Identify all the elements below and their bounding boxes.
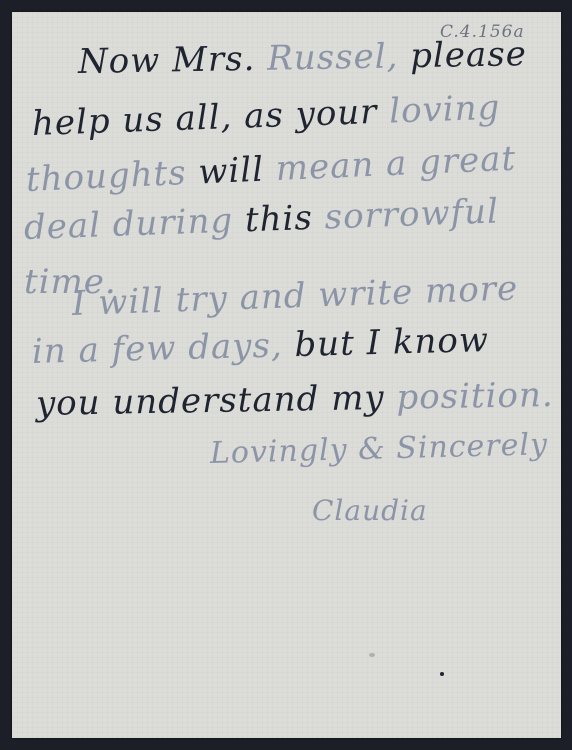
signature: Claudia — [312, 494, 428, 527]
closing: Lovingly & Sincerely — [210, 427, 549, 471]
line-text: deal during — [23, 200, 245, 248]
line-text: loving — [389, 88, 501, 132]
line-text: I will try and write more — [71, 268, 518, 324]
letter-line-2: help us all, as your loving — [31, 88, 501, 144]
paper-smudge — [369, 653, 375, 657]
letter-line-1: Now Mrs. Russel, please — [78, 34, 528, 82]
line-text: this — [244, 198, 325, 241]
line-text: will — [197, 149, 276, 192]
letter-line-7: in a few days, but I know — [31, 320, 489, 372]
line-text: please — [410, 34, 527, 76]
line-text: mean a great — [275, 139, 517, 189]
line-text: Russel, — [267, 36, 411, 78]
line-text: sorrowful — [324, 191, 500, 237]
letter-page: C.4.156a Now Mrs. Russel, please help us… — [12, 12, 561, 738]
ink-dot — [440, 672, 444, 676]
line-text: in a few days, — [31, 325, 295, 372]
letter-line-6: I will try and write more — [71, 268, 518, 324]
line-text: you understand my — [36, 378, 397, 424]
letter-line-3: thoughts will mean a great — [25, 139, 517, 200]
letter-line-4: deal during this sorrowful — [23, 191, 499, 248]
line-text: Now Mrs. — [78, 39, 268, 82]
line-text: position. — [396, 375, 554, 418]
line-text: help us all, as your — [31, 92, 390, 144]
line-text: but I know — [294, 320, 489, 365]
letter-line-8: you understand my position. — [36, 375, 554, 424]
line-text: thoughts — [25, 152, 199, 199]
